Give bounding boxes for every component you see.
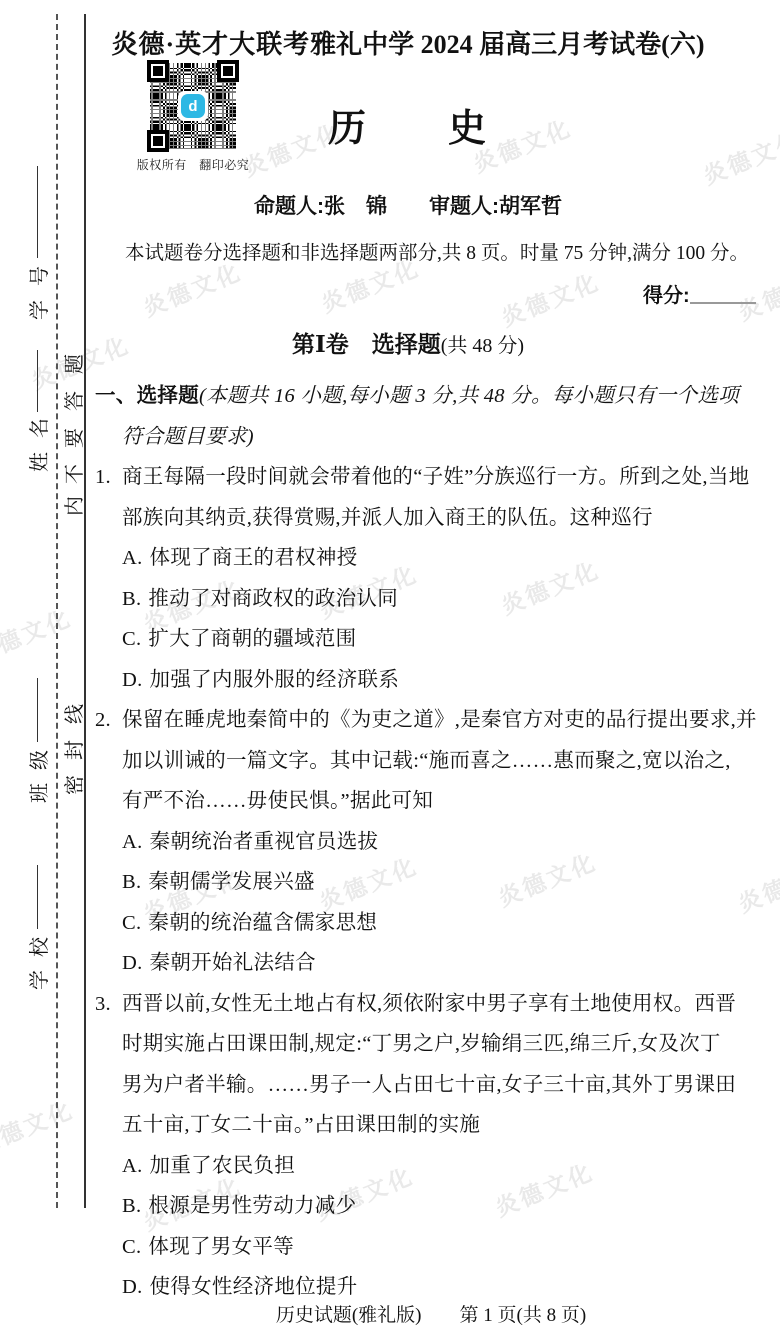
exam-title: 炎德·英才大联考雅礼中学 2024 届高三月考试卷(六) — [50, 24, 766, 61]
questions-area: 一、选择题(本题共 16 小题,每小题 3 分,共 48 分。每小题只有一个选项… — [95, 376, 767, 1308]
option-c: C.秦朝的统治蕴含儒家思想 — [122, 903, 767, 944]
seal-char: 要 — [56, 424, 88, 452]
fill-in-line — [37, 865, 38, 929]
option-a: A.秦朝统治者重视官员选拔 — [122, 822, 767, 863]
option-label: C. — [122, 628, 141, 650]
field-label-char: 名 — [21, 414, 53, 442]
stem-line: 商王每隔一段时间就会带着他的“子姓”分族巡行一方。所到之处,当地 — [122, 457, 767, 498]
option-b: B.推动了对商政权的政治认同 — [122, 579, 767, 620]
subject-title: 历 史 — [50, 97, 766, 152]
option-label: D. — [122, 1276, 143, 1298]
option-label: C. — [122, 912, 141, 934]
option-text: 秦朝开始礼法结合 — [150, 952, 316, 974]
stem-line: 西晋以前,女性无土地占有权,须依附家中男子享有土地使用权。西晋 — [122, 984, 767, 1025]
option-label: D. — [122, 952, 143, 974]
score-label: 得分: — [643, 285, 690, 307]
question-number: 3. — [95, 984, 111, 1025]
option-text: 秦朝统治者重视官员选拔 — [150, 831, 379, 853]
section-intro: 一、选择题(本题共 16 小题,每小题 3 分,共 48 分。每小题只有一个选项… — [95, 376, 767, 457]
section-heading: 第Ⅰ卷 选择题(共 48 分) — [50, 326, 766, 359]
option-label: B. — [122, 871, 141, 893]
seal-fold-dashed-line — [56, 14, 58, 1208]
field-label-char: 级 — [21, 746, 53, 774]
option-a: A.加重了农民负担 — [122, 1146, 767, 1187]
option-text: 体现了商王的君权神授 — [150, 547, 358, 569]
intro-rest: (本题共 16 小题,每小题 3 分,共 48 分。每小题只有一个选项 — [199, 385, 739, 407]
option-text: 扩大了商朝的疆域范围 — [148, 628, 356, 650]
field-label-char: 班 — [21, 779, 53, 807]
field-label-char: 学 — [21, 296, 53, 324]
option-label: A. — [122, 547, 143, 569]
option-label: A. — [122, 1155, 143, 1177]
option-text: 秦朝的统治蕴含儒家思想 — [148, 912, 377, 934]
option-text: 推动了对商政权的政治认同 — [148, 588, 398, 610]
qr-finder-icon — [147, 60, 169, 82]
option-d: D.加强了内服外服的经济联系 — [122, 660, 767, 701]
question-number: 2. — [95, 700, 111, 741]
exam-instruction: 本试题卷分选择题和非选择题两部分,共 8 页。时量 75 分钟,满分 100 分… — [125, 237, 749, 265]
stem-line: 有严不治……毋使民惧。”据此可知 — [122, 781, 767, 822]
option-label: A. — [122, 831, 143, 853]
exam-paper-page: 炎德文化 炎德文化 炎德文化 炎德文化 炎德文化 炎德文化 炎德文化 炎德文化 … — [0, 0, 780, 1344]
stem-line: 加以训诫的一篇文字。其中记载:“施而喜之……惠而聚之,宽以治之, — [122, 741, 767, 782]
question-2: 2. 保留在睡虎地秦简中的《为吏之道》,是秦官方对吏的品行提出要求,并 加以训诫… — [95, 700, 767, 984]
score-box: 得分: — [643, 279, 756, 308]
watermark: 炎德文化 — [496, 264, 605, 334]
question-1: 1. 商王每隔一段时间就会带着他的“子姓”分族巡行一方。所到之处,当地 部族向其… — [95, 457, 767, 700]
section-points: (共 48 分) — [441, 335, 524, 357]
intro-line2: 符合题目要求) — [122, 417, 767, 458]
stem-line: 部族向其纳贡,获得赏赐,并派人加入商王的队伍。这种巡行 — [122, 498, 767, 539]
option-c: C.体现了男女平等 — [122, 1227, 767, 1268]
option-text: 根源是男性劳动力减少 — [148, 1195, 356, 1217]
option-b: B.根源是男性劳动力减少 — [122, 1186, 767, 1227]
question-number: 1. — [95, 457, 111, 498]
section-title: 第Ⅰ卷 选择题 — [292, 332, 441, 357]
option-a: A.体现了商王的君权神授 — [122, 538, 767, 579]
score-fill-line — [690, 284, 756, 304]
intro-bold: 一、选择题 — [95, 384, 199, 407]
stem-line: 保留在睡虎地秦简中的《为吏之道》,是秦官方对吏的品行提出要求,并 — [122, 700, 767, 741]
option-text: 秦朝儒学发展兴盛 — [148, 871, 314, 893]
option-b: B.秦朝儒学发展兴盛 — [122, 862, 767, 903]
stem-line: 男为户者半输。……男子一人占田七十亩,女子三十亩,其外丁男课田 — [122, 1065, 767, 1106]
option-label: C. — [122, 1236, 141, 1258]
seal-char: 封 — [56, 736, 88, 764]
option-label: B. — [122, 1195, 141, 1217]
stem-line: 五十亩,丁女二十亩。”占田课田制的实施 — [122, 1105, 767, 1146]
brand-name: 炎德·英才大联考 — [112, 30, 311, 59]
seal-char: 题 — [56, 350, 88, 378]
field-label-char: 学 — [21, 966, 53, 994]
field-label-char: 姓 — [21, 448, 53, 476]
fill-in-line — [37, 678, 38, 742]
question-3: 3. 西晋以前,女性无土地占有权,须依附家中男子享有土地使用权。西晋 时期实施占… — [95, 984, 767, 1308]
option-d: D.秦朝开始礼法结合 — [122, 943, 767, 984]
seal-margin-solid-line — [84, 14, 86, 1208]
watermark: 炎德文化 — [0, 1092, 78, 1162]
copyright-notice: 版权所有 翻印必究 — [133, 156, 253, 173]
seal-char: 内 — [56, 492, 88, 520]
exam-title-rest: 雅礼中学 2024 届高三月考试卷(六) — [310, 30, 704, 59]
seal-char: 答 — [56, 387, 88, 415]
seal-char: 线 — [56, 700, 88, 728]
option-text: 使得女性经济地位提升 — [150, 1276, 358, 1298]
page-footer: 历史试题(雅礼版) 第 1 页(共 8 页) — [95, 1300, 767, 1327]
field-label-char: 校 — [21, 933, 53, 961]
option-text: 体现了男女平等 — [148, 1236, 294, 1258]
field-label-char: 号 — [21, 262, 53, 290]
option-label: D. — [122, 669, 143, 691]
option-label: B. — [122, 588, 141, 610]
option-text: 加强了内服外服的经济联系 — [150, 669, 400, 691]
qr-finder-icon — [217, 60, 239, 82]
authors-line: 命题人:张 锦 审题人:胡军哲 — [50, 190, 766, 220]
seal-char: 密 — [56, 771, 88, 799]
option-text: 加重了农民负担 — [150, 1155, 296, 1177]
fill-in-line — [37, 166, 38, 258]
option-c: C.扩大了商朝的疆域范围 — [122, 619, 767, 660]
fill-in-line — [37, 350, 38, 412]
seal-char: 不 — [56, 460, 88, 488]
stem-line: 时期实施占田课田制,规定:“丁男之户,岁输绢三匹,绵三斤,女及次丁 — [122, 1024, 767, 1065]
watermark: 炎德文化 — [0, 600, 76, 670]
